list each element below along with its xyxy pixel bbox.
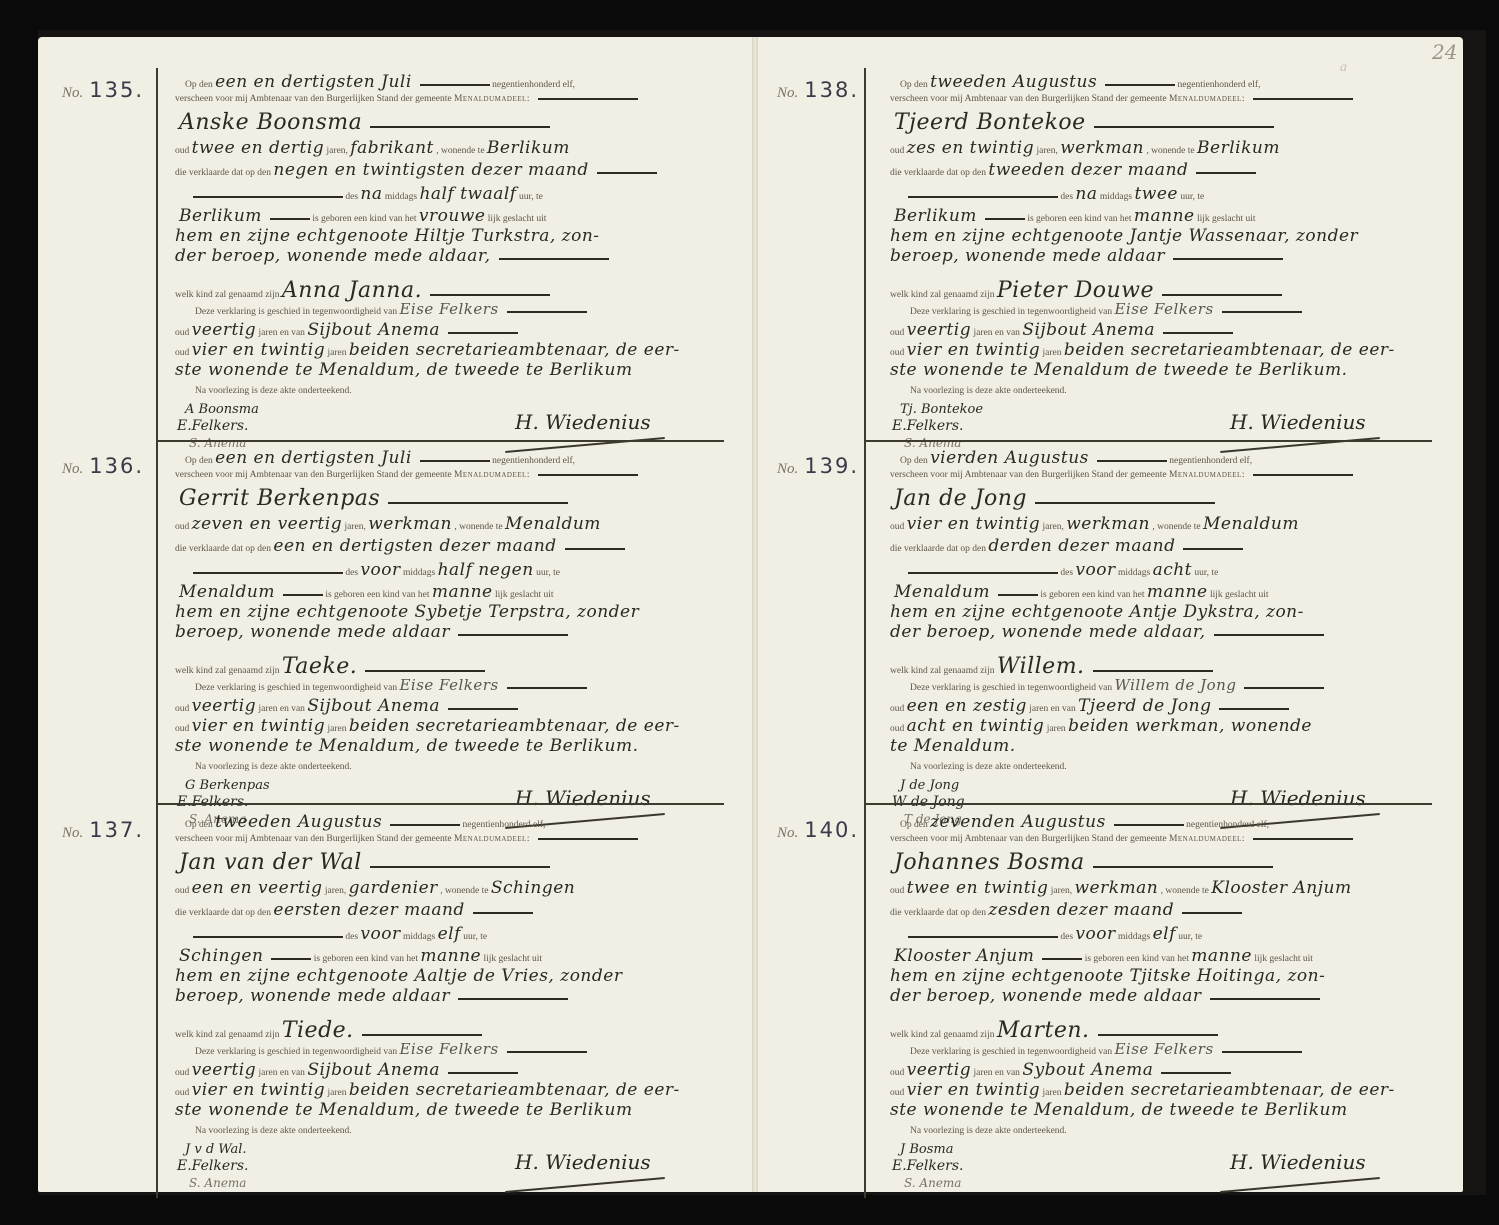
witness-2-age: vier en twintig: [192, 340, 325, 360]
label-witnesses: Deze verklaring is geschied in tegenwoor…: [910, 307, 1112, 317]
form-line: [565, 548, 625, 550]
birth-time: half negen: [438, 560, 534, 580]
record-date: tweeden Augustus: [215, 812, 382, 832]
form-line: [998, 594, 1038, 596]
birth-record: No.137.Op den tweeden Augustus negentien…: [50, 812, 740, 1172]
label-appeared: verscheen voor mij Ambtenaar van den Bur…: [175, 470, 452, 480]
form-row: Anske Boonsma: [179, 110, 550, 135]
signature-official: H. Wiedenius: [515, 1150, 651, 1174]
witness-2-name: Sybout Anema: [1022, 1060, 1153, 1080]
time-prefix: voor: [1075, 560, 1115, 580]
form-row: Gerrit Berkenpas: [179, 486, 568, 511]
label-declared: die verklaarde dat op den: [890, 908, 986, 918]
record-number: No.136.: [62, 454, 144, 478]
birth-record: No.140.Op den zevenden Augustus negentie…: [765, 812, 1455, 1172]
label-appeared: verscheen voor mij Ambtenaar van den Bur…: [175, 94, 452, 104]
form-row: die verklaarde dat op den tweeden dezer …: [890, 160, 1256, 180]
signature-official: H. Wiedenius: [1230, 1150, 1366, 1174]
form-line: [1222, 1051, 1302, 1053]
mother-line-2: der beroep, wonende mede aldaar,: [175, 246, 491, 266]
record-number-label: No.: [777, 825, 798, 841]
label-residing: , wonende te: [1161, 886, 1209, 896]
child-gender: manne: [432, 582, 493, 602]
form-row: oud vier en twintig jaren beiden secreta…: [890, 340, 1395, 360]
form-line: [1253, 474, 1353, 476]
child-gender: manne: [420, 946, 481, 966]
form-row: die verklaarde dat op den eersten dezer …: [175, 900, 533, 920]
form-row: oud zes en twintig jaren, werkman , wone…: [890, 138, 1280, 158]
label-oud: oud: [175, 1068, 189, 1078]
form-row: des voor middags half negen uur, te: [185, 560, 560, 580]
witness-details-1: beiden secretarieambtenaar, de eer-: [349, 340, 680, 360]
time-prefix: na: [1075, 184, 1097, 204]
form-row: Na voorlezing is deze akte onderteekend.: [910, 762, 1067, 772]
time-prefix: voor: [360, 924, 400, 944]
mother-line-1: hem en zijne echtgenoote Antje Dykstra, …: [890, 602, 1304, 622]
label-residing: , wonende te: [440, 886, 488, 896]
form-row: Klooster Anjum is geboren een kind van h…: [894, 946, 1313, 966]
label-declared: die verklaarde dat op den: [175, 908, 271, 918]
mother-line-2: der beroep, wonende mede aldaar: [890, 986, 1202, 1006]
form-row: verscheen voor mij Ambtenaar van den Bur…: [175, 470, 638, 480]
mother-line-1: hem en zijne echtgenoote Tjitske Hoiting…: [890, 966, 1325, 986]
declarant-name: Jan van der Wal: [179, 850, 362, 875]
form-line: [1210, 998, 1320, 1000]
witness-details-1: beiden secretarieambtenaar, de eer-: [1064, 1080, 1395, 1100]
form-line: [193, 572, 343, 574]
form-line: [1114, 824, 1184, 826]
form-row: beroep, wonende mede aldaar: [175, 986, 568, 1006]
witness-1-age: een en zestig: [907, 696, 1027, 716]
form-row: ste wonende te Menaldum, de tweede te Be…: [890, 1100, 1348, 1120]
witness-details-2: ste wonende te Menaldum de tweede te Ber…: [890, 360, 1348, 380]
label-des: des: [345, 932, 358, 942]
record-date: vierden Augustus: [930, 448, 1089, 468]
label-born: is geboren een kind van het: [312, 214, 416, 224]
form-line: [908, 572, 1058, 574]
label-oud: oud: [890, 328, 904, 338]
form-line: [908, 936, 1058, 938]
form-line: [1163, 332, 1233, 334]
witness-2-name: Sijbout Anema: [307, 696, 440, 716]
form-row: te Menaldum.: [890, 736, 1016, 756]
time-prefix: voor: [360, 560, 400, 580]
label-gender-suffix: lijk geslacht uit: [1210, 590, 1269, 600]
form-line: [538, 838, 638, 840]
child-gender: manne: [1134, 206, 1195, 226]
label-appeared: verscheen voor mij Ambtenaar van den Bur…: [890, 470, 1167, 480]
label-jaren: jaren,: [1036, 146, 1057, 156]
birth-day: tweeden dezer maand: [988, 160, 1188, 180]
form-row: oud twee en twintig jaren, werkman , won…: [890, 878, 1352, 898]
birth-time: elf: [1153, 924, 1176, 944]
label-oud: oud: [890, 146, 904, 156]
label-oud: oud: [890, 522, 904, 532]
label-jaren: jaren,: [1051, 886, 1072, 896]
label-year: negentienhonderd elf,: [1178, 80, 1261, 90]
label-oud: oud: [175, 1088, 189, 1098]
label-appeared: verscheen voor mij Ambtenaar van den Bur…: [890, 94, 1167, 104]
form-line: [193, 936, 343, 938]
form-line: [985, 218, 1025, 220]
record-number: No.139.: [777, 454, 859, 478]
record-separator: [866, 440, 1432, 442]
label-signed: Na voorlezing is deze akte onderteekend.: [910, 762, 1067, 772]
label-municipality: Menaldumadeel:: [454, 470, 530, 480]
label-oud: oud: [890, 724, 904, 734]
label-middags: middags: [403, 932, 435, 942]
birth-time: acht: [1153, 560, 1192, 580]
label-year: negentienhonderd elf,: [492, 80, 575, 90]
label-residing: , wonende te: [1152, 522, 1200, 532]
label-middags: middags: [1118, 932, 1150, 942]
label-municipality: Menaldumadeel:: [454, 834, 530, 844]
witness-1-age: veertig: [907, 320, 972, 340]
form-row: oud zeven en veertig jaren, werkman , wo…: [175, 514, 601, 534]
label-witnesses: Deze verklaring is geschied in tegenwoor…: [910, 683, 1112, 693]
declarant-occupation: werkman: [1066, 514, 1150, 534]
record-number-label: No.: [62, 825, 83, 841]
form-row: Op den tweeden Augustus negentienhonderd…: [900, 72, 1460, 92]
label-des: des: [1060, 568, 1073, 578]
witness-2-age: vier en twintig: [907, 340, 1040, 360]
signature-declarant: J de Jong: [900, 778, 959, 793]
form-line: [448, 708, 518, 710]
form-row: oud vier en twintig jaren beiden secreta…: [890, 1080, 1395, 1100]
label-declared: die verklaarde dat op den: [890, 168, 986, 178]
witness-details-2: ste wonende te Menaldum, de tweede te Be…: [175, 1100, 633, 1120]
label-des: des: [1060, 932, 1073, 942]
form-line: [1093, 866, 1273, 868]
birth-record: No.138.Op den tweeden Augustus negentien…: [765, 72, 1455, 432]
birth-record: No.135.Op den een en dertigsten Juli neg…: [50, 72, 740, 432]
label-born: is geboren een kind van het: [1085, 954, 1189, 964]
form-line: [1105, 84, 1175, 86]
signature-witness-1: E.Felkers.: [892, 1158, 963, 1174]
label-residing: , wonende te: [436, 146, 484, 156]
form-row: Deze verklaring is geschied in tegenwoor…: [195, 676, 587, 694]
label-year: negentienhonderd elf,: [1169, 456, 1252, 466]
label-year: negentienhonderd elf,: [1186, 820, 1269, 830]
form-row: Na voorlezing is deze akte onderteekend.: [910, 1126, 1067, 1136]
birth-day: negen en twintigsten dezer maand: [273, 160, 588, 180]
witness-1-name: Eise Felkers: [1114, 300, 1213, 318]
declarant-occupation: werkman: [1075, 878, 1159, 898]
label-born: is geboren een kind van het: [1040, 590, 1144, 600]
witness-details-1: beiden werkman, wonende: [1068, 716, 1312, 736]
label-jaren: jaren,: [344, 522, 365, 532]
label-declared: die verklaarde dat op den: [175, 544, 271, 554]
birth-place: Klooster Anjum: [894, 946, 1034, 966]
signature-official: H. Wiedenius: [1230, 786, 1366, 810]
witness-1-age: veertig: [192, 1060, 257, 1080]
witness-2-age: vier en twintig: [192, 716, 325, 736]
declarant-name: Johannes Bosma: [894, 850, 1085, 875]
form-row: verscheen voor mij Ambtenaar van den Bur…: [890, 834, 1353, 844]
label-oud: oud: [890, 1068, 904, 1078]
label-oud: oud: [890, 704, 904, 714]
signature-witness-1: E.Felkers.: [177, 1158, 248, 1174]
form-row: Berlikum is geboren een kind van het vro…: [179, 206, 546, 226]
label-gender-suffix: lijk geslacht uit: [495, 590, 554, 600]
form-line: [1214, 634, 1324, 636]
form-row: oud veertig jaren en van Sijbout Anema: [175, 696, 518, 716]
witness-details-1: beiden secretarieambtenaar, de eer-: [349, 716, 680, 736]
witness-details-2: ste wonende te Menaldum, de tweede te Be…: [175, 360, 633, 380]
birth-place: Menaldum: [894, 582, 990, 602]
form-line: [448, 332, 518, 334]
label-hour: uur, te: [1178, 932, 1202, 942]
form-line: [1093, 670, 1213, 672]
declarant-name: Jan de Jong: [894, 486, 1027, 511]
time-prefix: na: [360, 184, 382, 204]
record-number-value: 138.: [804, 78, 859, 102]
birth-day: een en dertigsten dezer maand: [273, 536, 556, 556]
form-line: [270, 218, 310, 220]
witness-1-age: veertig: [907, 1060, 972, 1080]
form-line: [458, 998, 568, 1000]
form-line: [538, 474, 638, 476]
label-child-named: welk kind zal genaamd zijn: [175, 1030, 279, 1040]
mother-line-1: hem en zijne echtgenoote Aaltje de Vries…: [175, 966, 622, 986]
form-line: [473, 912, 533, 914]
label-middags: middags: [1100, 192, 1132, 202]
signature-witness-1: E.Felkers.: [177, 794, 248, 810]
birth-place: Berlikum: [894, 206, 977, 226]
label-child-named: welk kind zal genaamd zijn: [890, 290, 994, 300]
witness-details-2: ste wonende te Menaldum, de tweede te Be…: [175, 736, 638, 756]
witness-2-age: vier en twintig: [192, 1080, 325, 1100]
label-oud: oud: [175, 348, 189, 358]
signature-declarant: A Boonsma: [185, 402, 259, 417]
form-row: oud twee en dertig jaren, fabrikant , wo…: [175, 138, 570, 158]
label-residing: , wonende te: [454, 522, 502, 532]
signature-declarant: G Berkenpas: [185, 778, 270, 793]
label-witnesses: Deze verklaring is geschied in tegenwoor…: [195, 307, 397, 317]
label-signed: Na voorlezing is deze akte onderteekend.: [195, 1126, 352, 1136]
label-born: is geboren een kind van het: [1027, 214, 1131, 224]
form-row: Jan van der Wal: [179, 850, 550, 875]
birth-day: zesden dezer maand: [988, 900, 1174, 920]
label-des: des: [1060, 192, 1073, 202]
birth-place: Menaldum: [179, 582, 275, 602]
form-line: [362, 1034, 482, 1036]
label-hour: uur, te: [463, 932, 487, 942]
signature-declarant: Tj. Bontekoe: [900, 402, 983, 417]
label-oud: oud: [890, 1088, 904, 1098]
label-municipality: Menaldumadeel:: [1169, 834, 1245, 844]
form-line: [1253, 838, 1353, 840]
label-oud: oud: [175, 704, 189, 714]
birth-day: derden dezer maand: [988, 536, 1175, 556]
form-row: Na voorlezing is deze akte onderteekend.: [910, 386, 1067, 396]
form-row: verscheen voor mij Ambtenaar van den Bur…: [890, 94, 1353, 104]
form-line: [448, 1072, 518, 1074]
declarant-residence: Menaldum: [1203, 514, 1299, 534]
label-witnesses: Deze verklaring is geschied in tegenwoor…: [195, 683, 397, 693]
label-signed: Na voorlezing is deze akte onderteekend.: [195, 386, 352, 396]
label-gender-suffix: lijk geslacht uit: [483, 954, 542, 964]
declarant-occupation: werkman: [368, 514, 452, 534]
witness-details-1: beiden secretarieambtenaar, de eer-: [1064, 340, 1395, 360]
signature-witness-1: E.Felkers.: [892, 418, 963, 434]
witness-2-name: Tjeerd de Jong: [1078, 696, 1211, 716]
label-gender-suffix: lijk geslacht uit: [1254, 954, 1313, 964]
witness-1-name: Eise Felkers: [1114, 1040, 1213, 1058]
form-row: des voor middags acht uur, te: [900, 560, 1218, 580]
record-number: No.138.: [777, 78, 859, 102]
signature-witness-1: E.Felkers.: [177, 418, 248, 434]
record-number-value: 136.: [89, 454, 144, 478]
form-line: [507, 311, 587, 313]
form-line: [1182, 912, 1242, 914]
form-row: Op den een en dertigsten Juli negentienh…: [185, 448, 745, 468]
form-line: [1183, 548, 1243, 550]
birth-place: Berlikum: [179, 206, 262, 226]
record-date: zevenden Augustus: [930, 812, 1106, 832]
form-row: beroep, wonende mede aldaar: [175, 622, 568, 642]
label-middags: middags: [403, 568, 435, 578]
form-line: [597, 172, 657, 174]
label-witnesses: Deze verklaring is geschied in tegenwoor…: [910, 1047, 1112, 1057]
form-row: Op den vierden Augustus negentienhonderd…: [900, 448, 1460, 468]
form-row: Berlikum is geboren een kind van het man…: [894, 206, 1256, 226]
form-row: Deze verklaring is geschied in tegenwoor…: [195, 300, 587, 318]
label-middags: middags: [385, 192, 417, 202]
label-child-named: welk kind zal genaamd zijn: [175, 290, 279, 300]
form-line: [1253, 98, 1353, 100]
form-row: ste wonende te Menaldum, de tweede te Be…: [175, 1100, 633, 1120]
form-row: oud veertig jaren en van Sijbout Anema: [890, 320, 1233, 340]
label-declared: die verklaarde dat op den: [890, 544, 986, 554]
declarant-occupation: gardenier: [349, 878, 438, 898]
form-line: [193, 196, 343, 198]
form-line: [271, 958, 311, 960]
label-year: negentienhonderd elf,: [492, 456, 575, 466]
mother-line-1: hem en zijne echtgenoote Jantje Wassenaa…: [890, 226, 1358, 246]
label-hour: uur, te: [1194, 568, 1218, 578]
form-row: des na middags twee uur, te: [900, 184, 1204, 204]
child-gender: manne: [1191, 946, 1252, 966]
birth-time: half twaalf: [419, 184, 516, 204]
label-years-and: jaren en van: [259, 1068, 305, 1078]
form-line: [1219, 708, 1289, 710]
birth-time: elf: [438, 924, 461, 944]
label-oud: oud: [175, 886, 189, 896]
label-appeared: verscheen voor mij Ambtenaar van den Bur…: [175, 834, 452, 844]
form-line: [1244, 687, 1324, 689]
form-row: Op den tweeden Augustus negentienhonderd…: [185, 812, 745, 832]
witness-2-age: acht en twintig: [907, 716, 1045, 736]
label-years-and: jaren en van: [259, 328, 305, 338]
mother-line-2: beroep, wonende mede aldaar: [890, 246, 1165, 266]
label-declared: die verklaarde dat op den: [175, 168, 271, 178]
witness-details-2: te Menaldum.: [890, 736, 1016, 756]
label-middags: middags: [1118, 568, 1150, 578]
form-line: [908, 196, 1058, 198]
form-row: oud veertig jaren en van Sijbout Anema: [175, 320, 518, 340]
record-number: No.137.: [62, 818, 144, 842]
form-line: [1097, 460, 1167, 462]
record-date: tweeden Augustus: [930, 72, 1097, 92]
form-line: [538, 98, 638, 100]
label-jaren: jaren,: [1042, 522, 1063, 532]
form-line: [1196, 172, 1256, 174]
label-municipality: Menaldumadeel:: [1169, 94, 1245, 104]
label-hour: uur, te: [519, 192, 543, 202]
label-des: des: [345, 568, 358, 578]
witness-1-name: Eise Felkers: [399, 1040, 498, 1058]
label-municipality: Menaldumadeel:: [454, 94, 530, 104]
declarant-name: Tjeerd Bontekoe: [894, 110, 1086, 135]
record-number-label: No.: [62, 85, 83, 101]
record-number-value: 135.: [89, 78, 144, 102]
declarant-residence: Schingen: [491, 878, 575, 898]
record-separator: [158, 803, 724, 805]
label-oud: oud: [890, 348, 904, 358]
form-row: Na voorlezing is deze akte onderteekend.: [195, 1126, 352, 1136]
mother-line-2: der beroep, wonende mede aldaar,: [890, 622, 1206, 642]
label-oud: oud: [175, 724, 189, 734]
form-row: Deze verklaring is geschied in tegenwoor…: [195, 1040, 587, 1058]
form-row: hem en zijne echtgenoote Tjitske Hoiting…: [890, 966, 1325, 986]
declarant-age: zes en twintig: [907, 138, 1034, 158]
form-line: [390, 824, 460, 826]
signature-official: H. Wiedenius: [515, 786, 651, 810]
signature-witness-1: W de Jong: [892, 794, 965, 810]
folio-number: 24: [1432, 40, 1457, 64]
form-row: Johannes Bosma: [894, 850, 1273, 875]
label-child-named: welk kind zal genaamd zijn: [890, 666, 994, 676]
form-row: Jan de Jong: [894, 486, 1215, 511]
label-jaren: jaren: [1042, 1088, 1061, 1098]
label-child-named: welk kind zal genaamd zijn: [890, 1030, 994, 1040]
birth-record: No.139.Op den vierden Augustus negentien…: [765, 448, 1455, 808]
form-row: verscheen voor mij Ambtenaar van den Bur…: [175, 94, 638, 104]
form-row: der beroep, wonende mede aldaar,: [890, 622, 1324, 642]
declarant-name: Gerrit Berkenpas: [179, 486, 380, 511]
signature-official: H. Wiedenius: [515, 410, 651, 434]
declarant-residence: Klooster Anjum: [1211, 878, 1351, 898]
label-child-named: welk kind zal genaamd zijn: [175, 666, 279, 676]
record-date: een en dertigsten Juli: [215, 72, 412, 92]
form-line: [499, 258, 609, 260]
form-line: [420, 84, 490, 86]
form-line: [365, 670, 485, 672]
witness-details-2: ste wonende te Menaldum, de tweede te Be…: [890, 1100, 1348, 1120]
label-signed: Na voorlezing is deze akte onderteekend.: [195, 762, 352, 772]
record-number-value: 139.: [804, 454, 859, 478]
form-row: hem en zijne echtgenoote Aaltje de Vries…: [175, 966, 622, 986]
label-years-and: jaren en van: [974, 1068, 1020, 1078]
form-row: ste wonende te Menaldum, de tweede te Be…: [175, 360, 633, 380]
form-row: ste wonende te Menaldum, de tweede te Be…: [175, 736, 638, 756]
label-signed: Na voorlezing is deze akte onderteekend.: [910, 386, 1067, 396]
form-row: Tjeerd Bontekoe: [894, 110, 1274, 135]
form-row: die verklaarde dat op den een en dertigs…: [175, 536, 625, 556]
witness-1-name: Willem de Jong: [1114, 676, 1236, 694]
label-op-den: Op den: [185, 820, 213, 830]
birth-time: twee: [1134, 184, 1178, 204]
declarant-age: twee en dertig: [192, 138, 325, 158]
book-gutter: [752, 37, 758, 1192]
form-line: [430, 294, 550, 296]
signature-declarant: J v d Wal.: [185, 1142, 247, 1157]
label-years-and: jaren en van: [1029, 704, 1075, 714]
label-op-den: Op den: [900, 820, 928, 830]
declarant-age: een en veertig: [192, 878, 323, 898]
witness-2-age: vier en twintig: [907, 1080, 1040, 1100]
